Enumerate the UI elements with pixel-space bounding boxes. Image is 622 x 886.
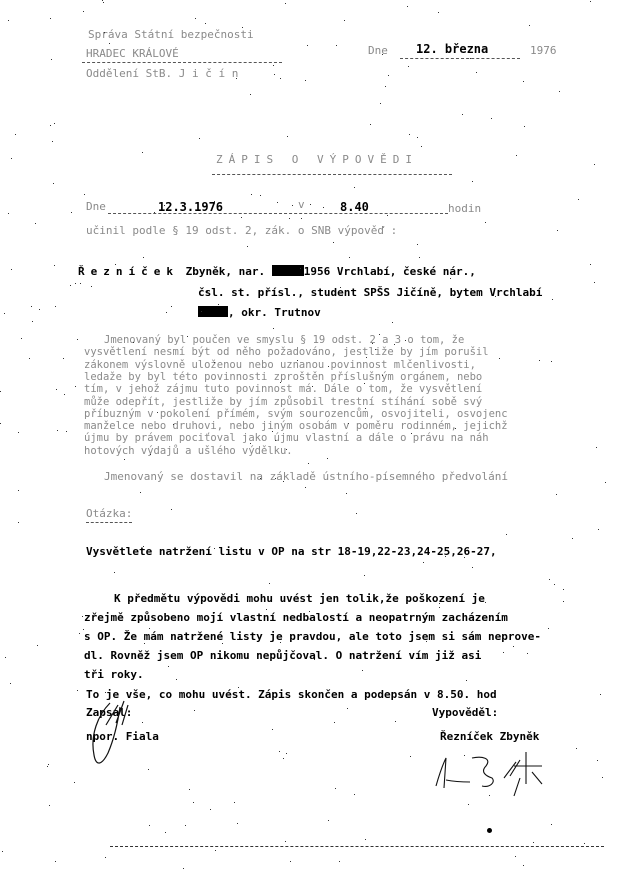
title-underline (212, 174, 452, 175)
recorder-signature (80, 695, 150, 775)
person-district: , okr. Trutnov (228, 306, 321, 319)
answer-line: tři roky. (84, 668, 144, 681)
question-text: Vysvětlete natržení listu v OP na str 18… (86, 545, 497, 558)
instruction-line: Jmenovaný byl poučen ve smyslu § 19 odst… (104, 334, 464, 347)
answer-line: zřejmě způsobeno mojí vlastní nedbalostí… (84, 611, 508, 624)
document-page: Správa Státní bezpečnosti HRADEC KRÁLOVÉ… (0, 0, 622, 886)
redaction-block (198, 306, 228, 317)
redaction-block (272, 265, 304, 276)
appearance-line: Jmenovaný se dostavil na základě ústního… (104, 470, 508, 483)
testified-label: Vypověděl: (432, 706, 498, 719)
witness-name: Řezníček Zbyněk (440, 730, 539, 743)
header-year: 1976 (530, 44, 557, 57)
answer-line: dl. Rovněž jsem OP nikomu nepůjčoval. O … (84, 649, 481, 662)
question-label: Otázka: (86, 507, 132, 520)
answer-line: s OP. Že mám natržené listy je pravdou, … (84, 630, 541, 643)
session-time-unit: hodin (448, 202, 481, 215)
instruction-line: újmu by právem pociťoval jako újmu vlast… (84, 432, 489, 445)
department-name: Oddělení StB. J i č í n (86, 67, 238, 80)
session-date-value: 12.3.1976 (158, 201, 223, 214)
ink-dot (487, 828, 492, 833)
instruction-line: může odepřít, jestliže by jím způsobil t… (84, 396, 482, 409)
person-surname: Řezníček (78, 265, 179, 278)
session-time-prep: v (298, 198, 305, 211)
header-date-label: Dne (368, 44, 388, 57)
instruction-line: zákonem výslovně uloženou nebo uznanou p… (84, 359, 476, 372)
instruction-line: tím, v jehož zájmu tuto povinnost má. Dá… (84, 383, 482, 396)
person-birth-place: 1956 Vrchlabí, české nár., (304, 265, 476, 278)
header-date-value: 12. března (416, 43, 488, 56)
session-date-label: Dne (86, 200, 106, 213)
person-line-3: , okr. Trutnov (198, 306, 321, 319)
header-rule (82, 62, 282, 63)
session-time-value: 8.40 (340, 201, 369, 214)
agency-city: HRADEC KRÁLOVÉ (86, 47, 179, 60)
header-date-underline (400, 58, 520, 59)
bottom-rule (110, 846, 604, 847)
legal-basis-line: učinil podle § 19 odst. 2, zák. o SNB vý… (86, 224, 397, 237)
instruction-line: hotových výdajů a ušlého výdělku. (84, 445, 293, 458)
instruction-line: manželce nebo druhovi, nebo jiným osobám… (84, 420, 508, 433)
instruction-line: ledaže by byl této povinnosti zproštěn p… (84, 371, 482, 384)
person-name-born: Zbyněk, nar. (186, 265, 265, 278)
instruction-line: vysvětlení nesmí být od něho požadováno,… (84, 346, 489, 359)
agency-name: Správa Státní bezpečnosti (88, 28, 254, 41)
person-line-2: čsl. st. přísl., student SPŠS Jičíně, by… (198, 286, 542, 299)
answer-line: K předmětu výpovědi mohu uvést jen tolik… (114, 592, 485, 605)
instruction-line: příbuzným v pokolení přímém, svým souroz… (84, 408, 508, 421)
witness-signature (430, 748, 560, 808)
question-underline (86, 522, 132, 523)
person-line-1: Řezníček Zbyněk, nar. 1956 Vrchlabí, čes… (78, 265, 476, 278)
document-title: ZÁPIS O VÝPOVĚDI (216, 153, 418, 166)
